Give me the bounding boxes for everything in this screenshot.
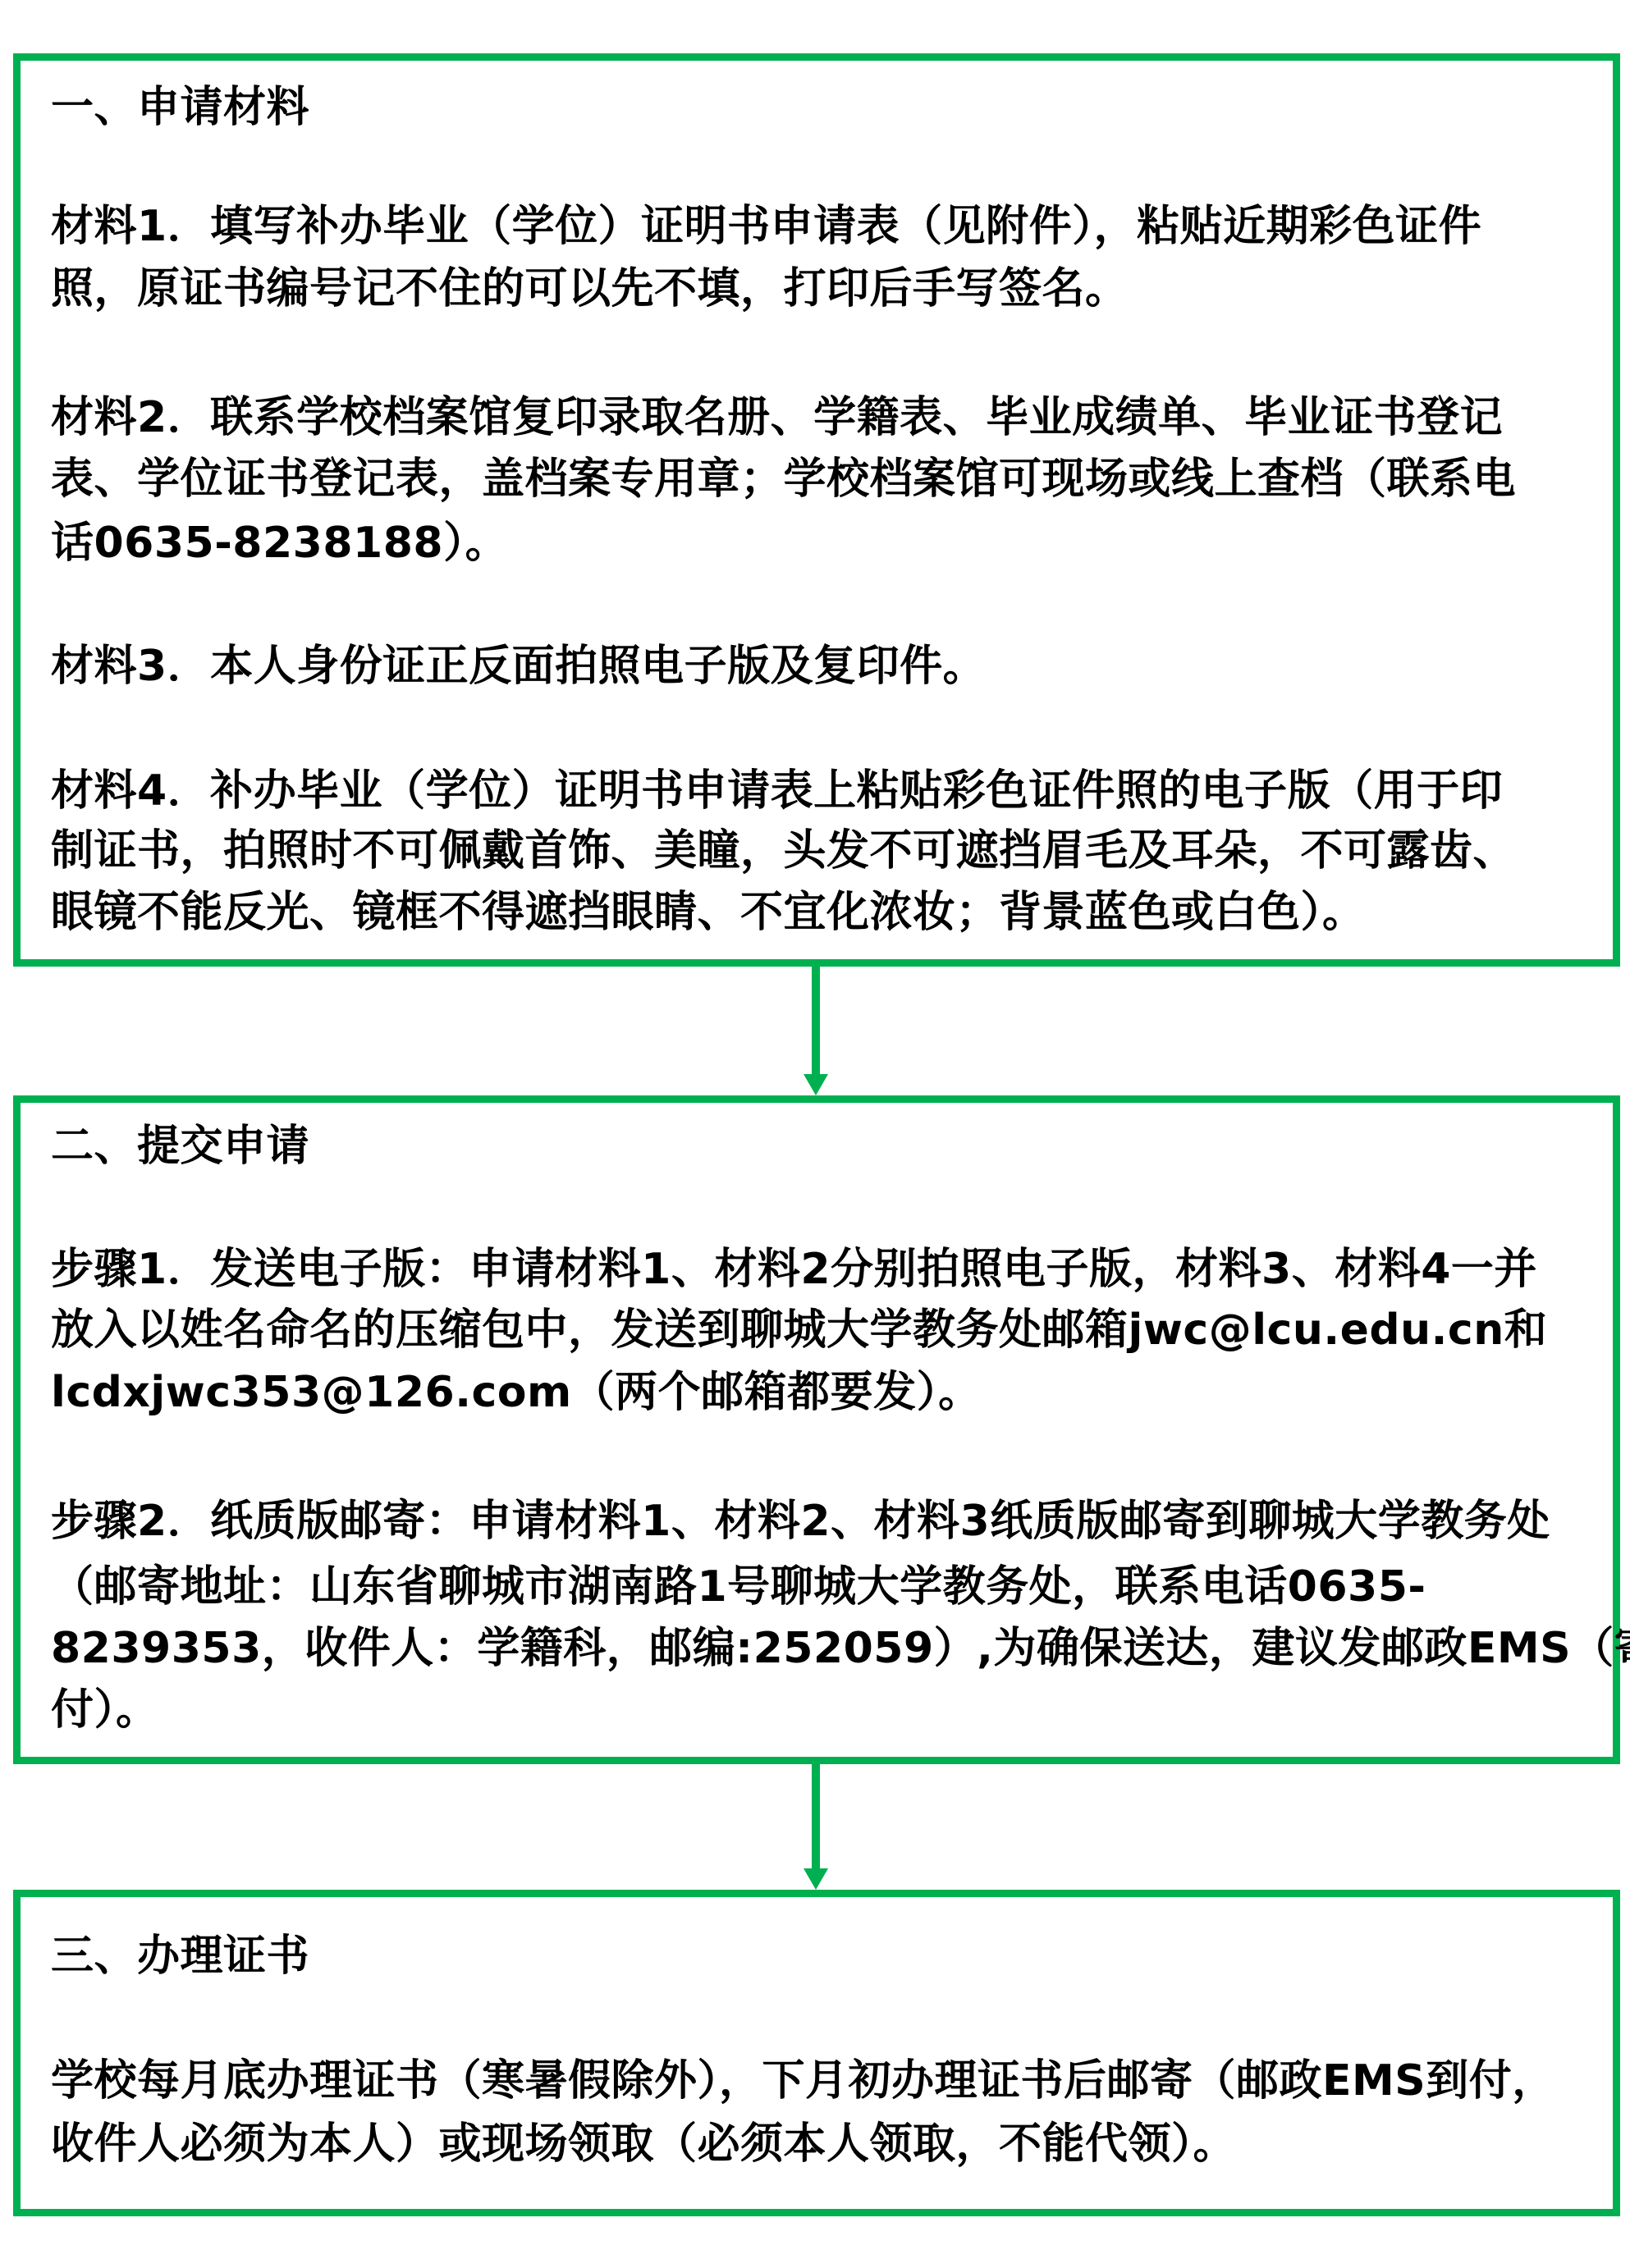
step-1-line-2: 放入以姓名命名的压缩包中，发送到聊城大学教务处邮箱jwc@lcu.edu.cn和 [51, 1299, 1547, 1361]
material-4-line-2: 制证书，拍照时不可佩戴首饰、美瞳，头发不可遮挡眉毛及耳朵，不可露齿、 [51, 820, 1516, 882]
material-4-line-1: 材料4．补办毕业（学位）证明书申请表上粘贴彩色证件照的电子版（用于印 [51, 760, 1503, 822]
section-process-certificate: 三、办理证书 学校每月底办理证书（寒暑假除外），下月初办理证书后邮寄（邮政EMS… [13, 1890, 1620, 2216]
material-4-line-3: 眼镜不能反光、镜框不得遮挡眼睛、不宜化浓妆；背景蓝色或白色）。 [51, 881, 1366, 944]
step-2-line-2: （邮寄地址：山东省聊城市湖南路1号聊城大学教务处，联系电话0635- [51, 1556, 1426, 1618]
material-2-line-1: 材料2．联系学校档案馆复印录取名册、学籍表、毕业成绩单、毕业证书登记 [51, 386, 1503, 449]
section-submit-application: 二、提交申请 步骤1．发送电子版：申请材料1、材料2分别拍照电子版，材料3、材料… [13, 1095, 1620, 1764]
step-2-line-4: 付）。 [51, 1679, 159, 1741]
section-heading: 二、提交申请 [51, 1115, 309, 1177]
material-1-line-1: 材料1．填写补办毕业（学位）证明书申请表（见附件），粘贴近期彩色证件 [51, 195, 1481, 258]
arrow-down-icon [804, 1074, 828, 1095]
flow-arrow-line [812, 1764, 820, 1869]
step-1-line-3: lcdxjwc353@126.com（两个邮箱都要发）。 [51, 1361, 982, 1424]
material-3-line-1: 材料3．本人身份证正反面拍照电子版及复印件。 [51, 635, 986, 697]
step-1-line-1: 步骤1．发送电子版：申请材料1、材料2分别拍照电子版，材料3、材料4一并 [51, 1238, 1537, 1301]
material-1-line-2: 照，原证书编号记不住的可以先不填，打印后手写签名。 [51, 258, 1129, 320]
flow-arrow-line [812, 967, 820, 1075]
step-2-line-1: 步骤2．纸质版邮寄：申请材料1、材料2、材料3纸质版邮寄到聊城大学教务处 [51, 1490, 1550, 1552]
section-application-materials: 一、申请材料 材料1．填写补办毕业（学位）证明书申请表（见附件），粘贴近期彩色证… [13, 53, 1620, 967]
material-2-line-3: 话0635-8238188）。 [51, 512, 508, 574]
step-2-line-3: 8239353，收件人：学籍科，邮编:252059）,为确保送达，建议发邮政EM… [51, 1617, 1630, 1680]
arrow-down-icon [804, 1868, 828, 1890]
section-heading: 一、申请材料 [51, 76, 309, 139]
section-heading: 三、办理证书 [51, 1925, 309, 1987]
process-line-2: 收件人必须为本人）或现场领取（必须本人领取，不能代领）。 [51, 2113, 1236, 2175]
material-2-line-2: 表、学位证书登记表，盖档案专用章；学校档案馆可现场或线上查档（联系电 [51, 448, 1516, 510]
process-line-1: 学校每月底办理证书（寒暑假除外），下月初办理证书后邮寄（邮政EMS到付， [51, 2050, 1555, 2112]
